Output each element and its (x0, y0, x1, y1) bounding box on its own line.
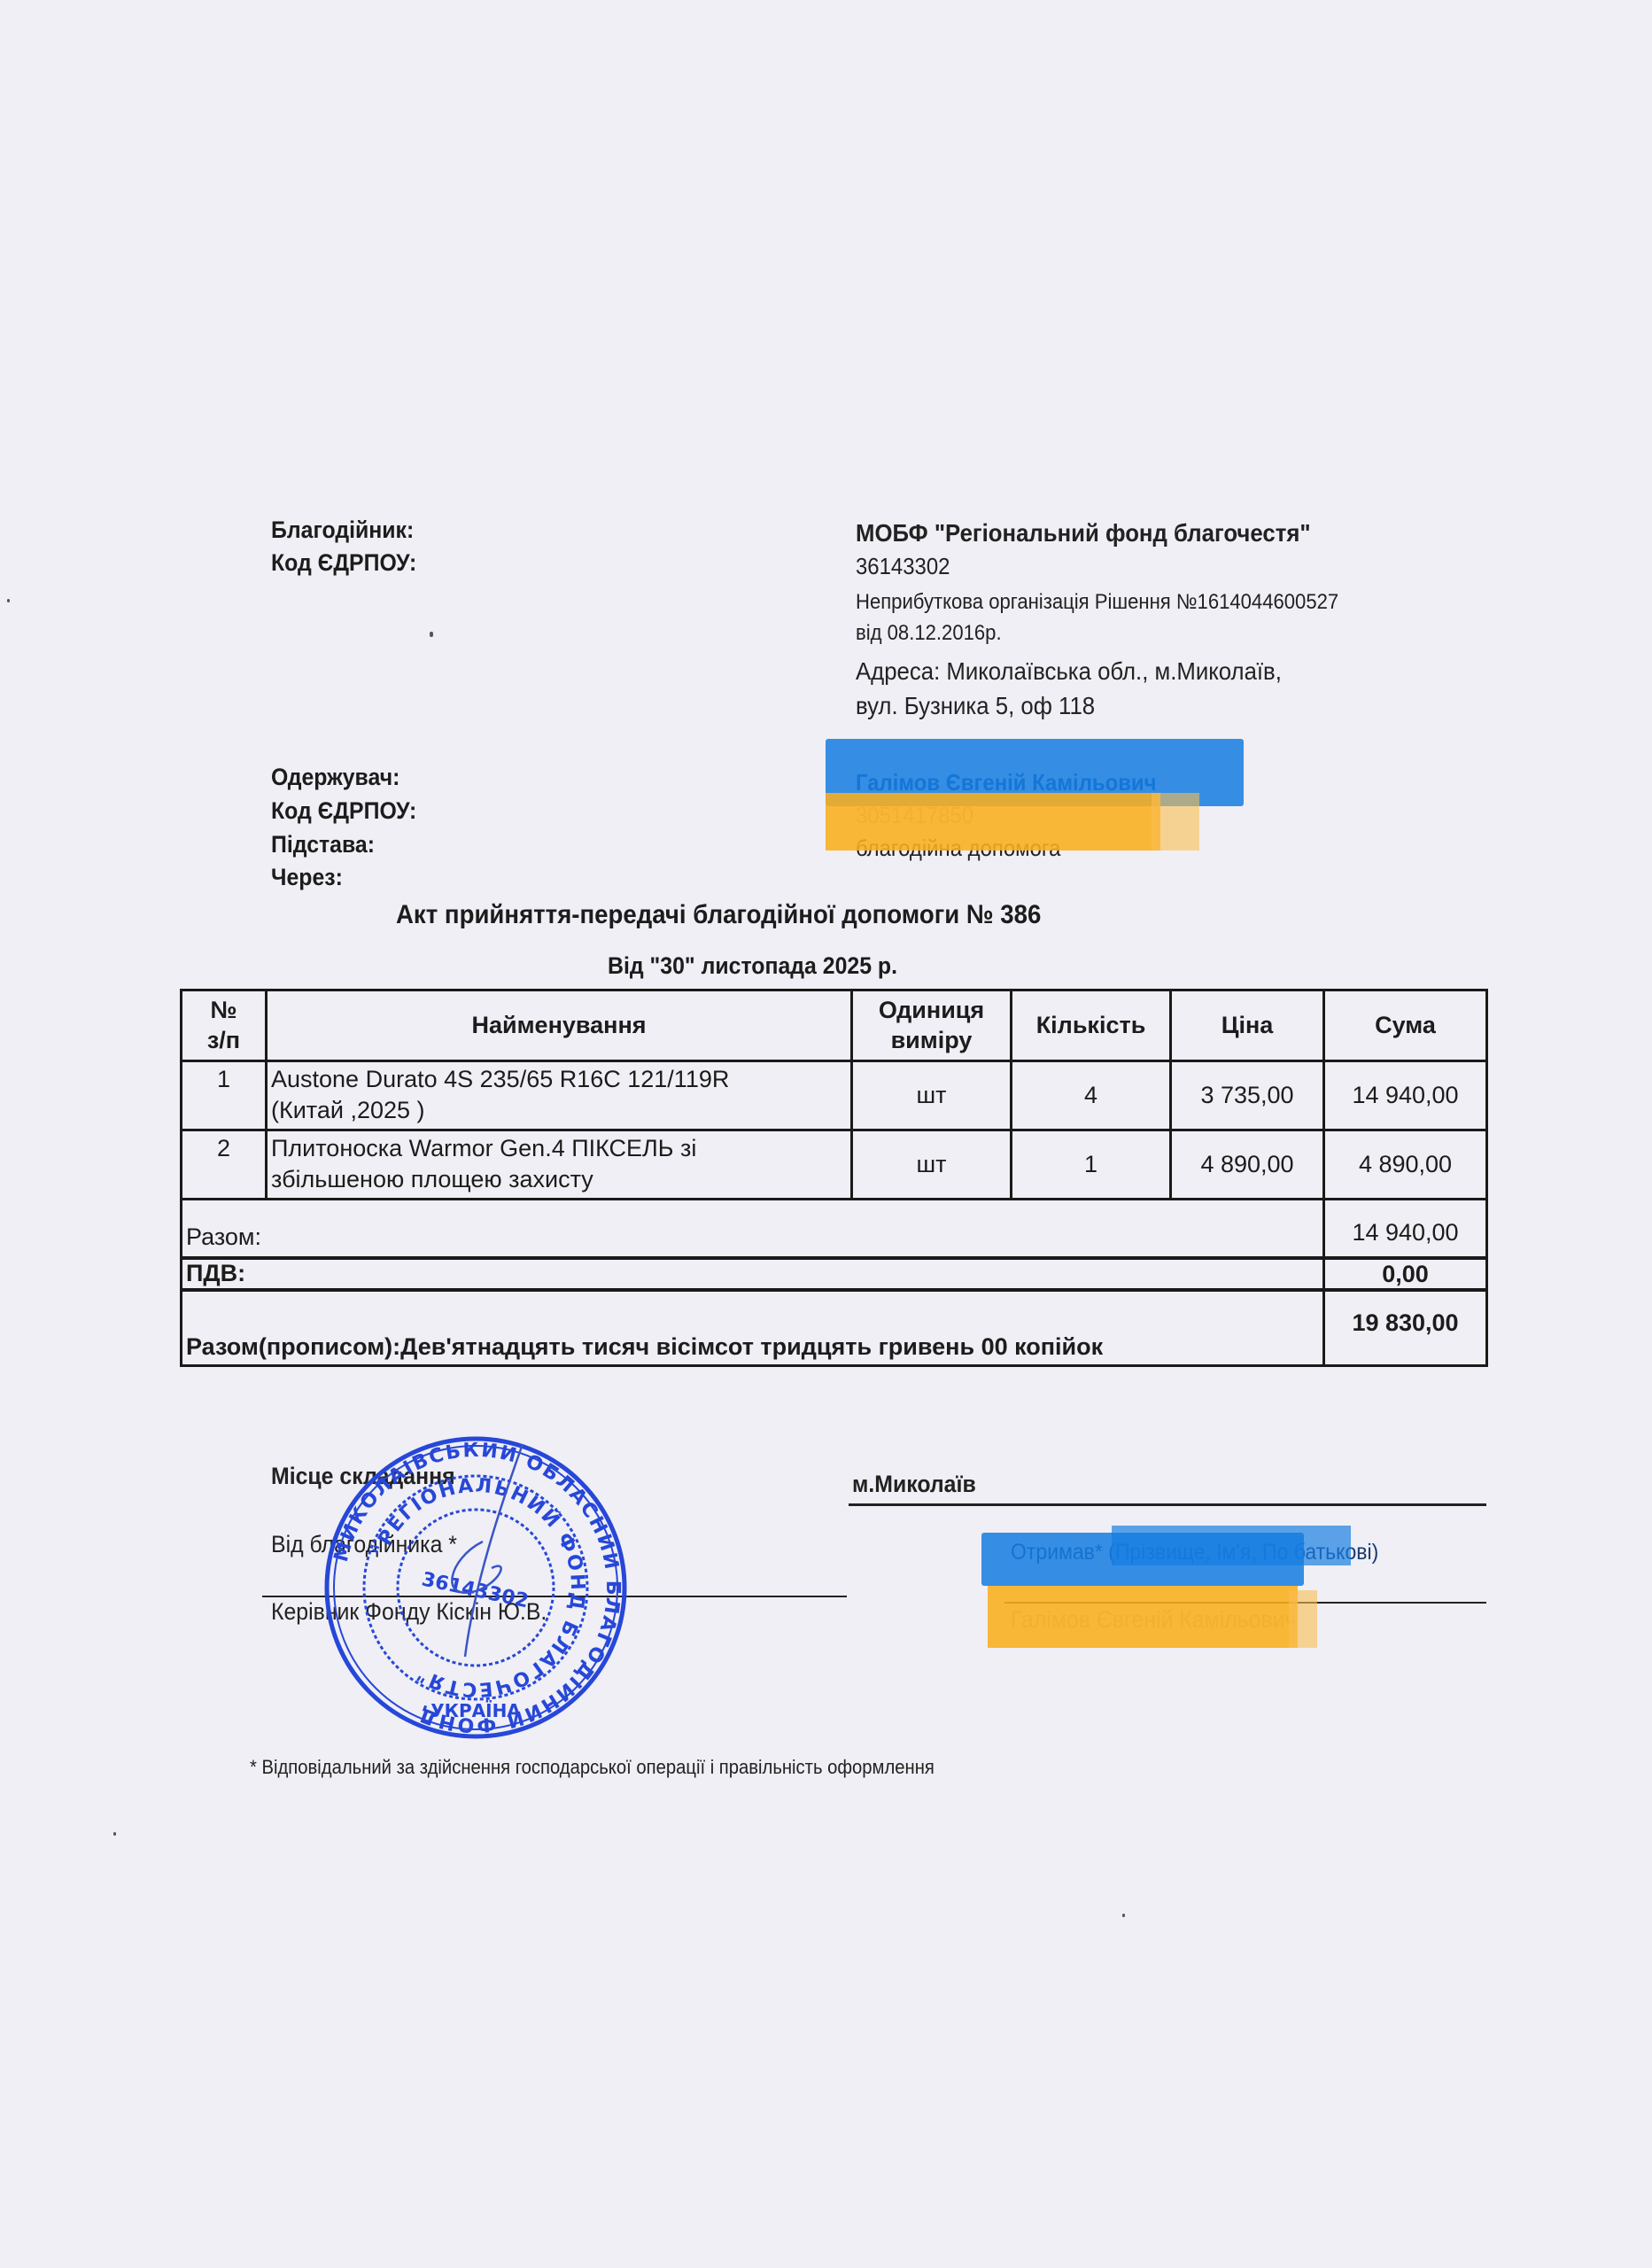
vat-label: ПДВ: (182, 1258, 1324, 1290)
redaction-mark-blue-overlay (1112, 1526, 1351, 1565)
total-row: Разом: 14 940,00 (182, 1200, 1487, 1258)
table-row: 2 Плитоноска Warmor Gen.4 ПІКСЕЛЬ зізбіл… (182, 1130, 1487, 1200)
stamp-country: УКРАЇНА (430, 1700, 521, 1721)
redaction-mark-yellow-edge (1289, 1590, 1317, 1648)
recipient-edrpou-label: Код ЄДРПОУ: (271, 799, 416, 823)
recipient-label: Одержувач: (271, 765, 399, 789)
row-qty: 1 (1012, 1130, 1171, 1200)
donor-label: Благодійник: (271, 518, 414, 542)
paper-speck (430, 632, 433, 637)
redaction-mark-yellow-edge (1152, 793, 1199, 850)
items-table: №з/п Найменування Одиницявиміру Кількіст… (180, 989, 1485, 1367)
redaction-mark-yellow (988, 1586, 1298, 1648)
row-sum: 14 940,00 (1324, 1061, 1487, 1130)
paper-speck (113, 1832, 116, 1836)
header-name: Найменування (267, 990, 852, 1061)
header-price: Ціна (1171, 990, 1324, 1061)
act-date: Від "30" листопада 2025 р. (608, 952, 897, 980)
row-unit: шт (852, 1061, 1012, 1130)
table-row: 1 Austone Durato 4S 235/65 R16C 121/119R… (182, 1061, 1487, 1130)
donor-nonprofit-decision: Неприбуткова організація Рішення №161404… (856, 592, 1338, 613)
paper-speck (1122, 1914, 1125, 1917)
header-num: №з/п (182, 990, 267, 1061)
words-total-value: 19 830,00 (1324, 1290, 1487, 1366)
vat-value: 0,00 (1324, 1258, 1487, 1290)
table-header-row: №з/п Найменування Одиницявиміру Кількіст… (182, 990, 1487, 1061)
row-name: Плитоноска Warmor Gen.4 ПІКСЕЛЬ зізбільш… (267, 1130, 852, 1200)
place-underline (849, 1503, 1486, 1506)
recipient-via-label: Через: (271, 866, 343, 889)
row-num: 1 (182, 1061, 267, 1130)
row-price: 4 890,00 (1171, 1130, 1324, 1200)
donor-nonprofit-date: від 08.12.2016р. (856, 623, 1002, 644)
place-value: м.Миколаїв (852, 1472, 976, 1496)
words-total-label: Разом(прописом):Дев'ятнадцять тисяч вісі… (182, 1290, 1324, 1366)
organization-stamp: МИКОЛАЇВСЬКИЙ ОБЛАСНИЙ БЛАГОДІЙНИЙ ФОНД … (323, 1435, 629, 1741)
row-name: Austone Durato 4S 235/65 R16C 121/119R(К… (267, 1061, 852, 1130)
words-total-row: Разом(прописом):Дев'ятнадцять тисяч вісі… (182, 1290, 1487, 1366)
redaction-mark-yellow (826, 793, 1160, 850)
total-value: 14 940,00 (1324, 1200, 1487, 1258)
header-unit: Одиницявиміру (852, 990, 1012, 1061)
donor-edrpou-label: Код ЄДРПОУ: (271, 551, 416, 575)
row-num: 2 (182, 1130, 267, 1200)
total-label: Разом: (182, 1200, 1324, 1258)
row-sum: 4 890,00 (1324, 1130, 1487, 1200)
donor-address-line2: вул. Бузника 5, оф 118 (856, 694, 1095, 718)
footnote: * Відповідальний за здійснення господарс… (250, 1758, 935, 1777)
vat-row: ПДВ: 0,00 (182, 1258, 1487, 1290)
donor-edrpou: 36143302 (856, 555, 950, 578)
row-unit: шт (852, 1130, 1012, 1200)
donor-name: МОБФ "Регіональний фонд благочестя" (856, 521, 1311, 546)
paper-speck (7, 599, 10, 602)
row-price: 3 735,00 (1171, 1061, 1324, 1130)
row-qty: 4 (1012, 1061, 1171, 1130)
header-sum: Сума (1324, 990, 1487, 1061)
header-qty: Кількість (1012, 990, 1171, 1061)
act-title: Акт прийняття-передачі благодійної допом… (396, 900, 1041, 930)
donor-address-line1: Адреса: Миколаївська обл., м.Миколаїв, (856, 659, 1282, 684)
recipient-basis-label: Підстава: (271, 833, 375, 857)
